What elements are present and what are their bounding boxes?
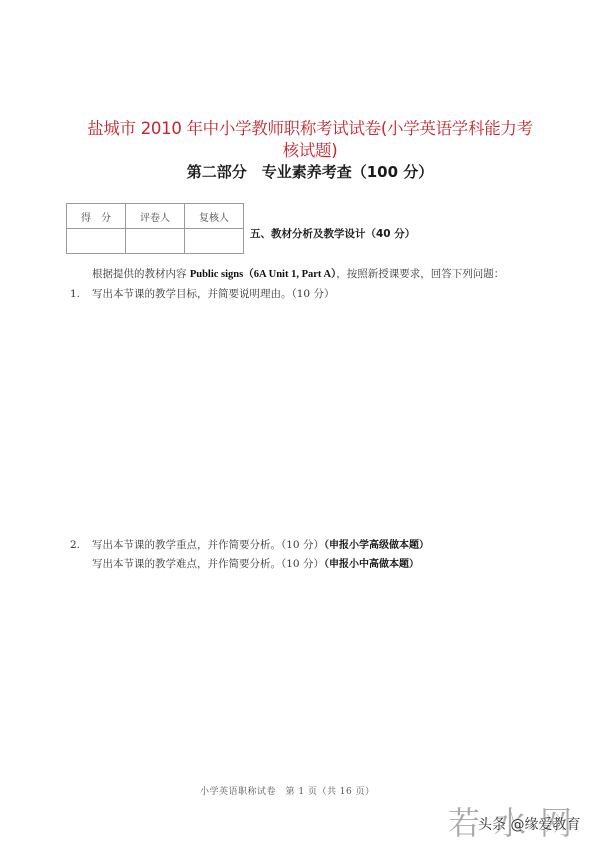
question-1: 1.写出本节课的教学目标，并简要说明理由。（10 分） [70, 286, 334, 301]
intro-prefix: 根据提供的教材内容 [92, 268, 190, 280]
score-value-reviewer [185, 229, 244, 254]
watermark: 若水网 头条 @缘爱教育 [448, 798, 596, 842]
question-2: 2.写出本节课的教学重点，并作简要分析。（10 分）（申报小学高级做本题） [70, 536, 429, 552]
score-table-header-row: 得 分 评卷人 复核人 [67, 204, 244, 229]
question-note: （申报小中高做本题） [324, 559, 419, 570]
question-2b: 写出本节课的教学难点，并作简要分析。（10 分）（申报小中高做本题） [70, 555, 419, 571]
intro-paragraph: 根据提供的教材内容 Public signs（6A Unit 1, Part A… [92, 266, 504, 281]
score-value-score [67, 229, 126, 254]
score-value-grader [126, 229, 185, 254]
score-header-grader: 评卷人 [126, 204, 185, 229]
question-number: 1. [70, 288, 92, 300]
score-header-reviewer: 复核人 [185, 204, 244, 229]
score-header-score: 得 分 [67, 204, 126, 229]
section-heading: 五、教材分析及教学设计（40 分） [250, 226, 415, 241]
question-text: 写出本节课的教学难点，并作简要分析。（10 分） [92, 558, 324, 570]
exam-title: 盐城市 2010 年中小学教师职称考试试卷(小学英语学科能力考核试题) [80, 118, 540, 162]
question-note: （申报小学高级做本题） [324, 540, 429, 551]
intro-material: Public signs（6A Unit 1, Part A） [190, 269, 336, 280]
part-subtitle: 第二部分 专业素养考查（100 分） [80, 161, 540, 182]
question-text: 写出本节课的教学目标，并简要说明理由。（10 分） [92, 288, 334, 300]
question-text: 写出本节课的教学重点，并作简要分析。（10 分） [92, 539, 324, 551]
intro-suffix: ，按照新授课要求，回答下列问题： [336, 268, 504, 280]
watermark-source: 头条 @缘爱教育 [478, 814, 580, 834]
question-number: 2. [70, 539, 92, 551]
score-table-value-row [67, 229, 244, 254]
score-table: 得 分 评卷人 复核人 [66, 203, 244, 254]
page-footer: 小学英语职称试卷 第 1 页（共 16 页） [200, 784, 375, 797]
